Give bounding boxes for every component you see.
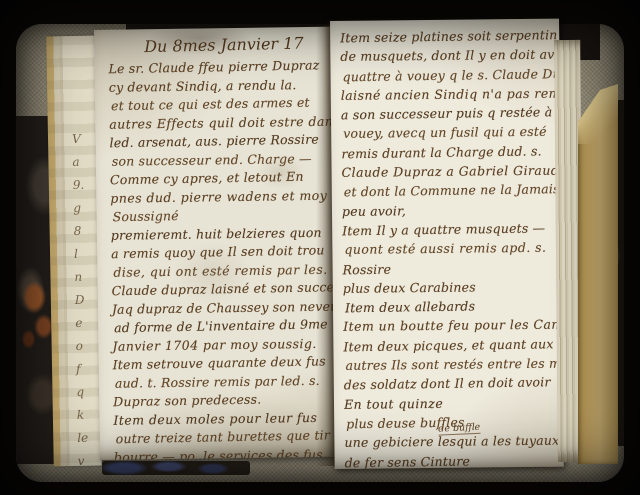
under-page-fragments: Va9.g8lnDeofqklev (72, 128, 89, 467)
page-fragment: a (72, 151, 84, 174)
manuscript-line: Rossire (342, 257, 559, 280)
manuscript-line: de fer sens Cinture (344, 450, 561, 469)
manuscript-line: Item Il y a quattre musquets — (342, 218, 559, 241)
manuscript-line: vouey, avecq un fusil qui a esté (343, 122, 558, 144)
manuscript-line: quont esté aussi remis apd. s. (344, 238, 559, 260)
page-fragment: l (74, 243, 86, 266)
manuscript-line: remis durant la Charge dud. s. (341, 141, 558, 164)
page-fragment: e (75, 312, 87, 335)
right-page-text: Item seize platines soit serpentinde mus… (340, 26, 562, 469)
manuscript-line: En tout quinze (344, 392, 561, 414)
manuscript-line: Item un boutte feu pour les Canons (343, 315, 560, 337)
manuscript-line: Item deux picques, et quant aux (343, 334, 560, 357)
manuscript-line: et dont la Commune ne la Jamais (344, 180, 559, 202)
marginal-insertion: de buffle (438, 422, 480, 436)
page-fragment: 8 (73, 220, 85, 243)
page-fragment: o (75, 335, 87, 358)
manuscript-line: de musquets, dont Il y en doit avoir (340, 45, 557, 67)
under-page-edge: Va9.g8lnDeofqklev (46, 36, 101, 467)
manuscript-line: a son successeur puis q restée à (341, 102, 558, 125)
page-fragment: V (72, 128, 84, 151)
right-page: Item seize platines soit serpentinde mus… (330, 19, 564, 469)
page-fragment: n (74, 266, 86, 289)
page-header-date: Du 8mes Janvier 17 (144, 32, 330, 58)
page-fragment: q (76, 381, 88, 404)
page-fragment: f (76, 358, 88, 381)
ink-stain (102, 461, 250, 475)
page-fragment: 9. (73, 174, 85, 197)
manuscript-line: des soldatz dont Il en doit avoir (344, 372, 561, 395)
page-fragment: v (77, 450, 89, 467)
page-fragment: g (73, 197, 85, 220)
folded-flap (578, 84, 618, 464)
left-page-text: Le sr. Claude ffeu pierre Duprazcy devan… (108, 57, 336, 460)
manuscript-photo: Va9.g8lnDeofqklev Du 8mes Janvier 17 Le … (0, 0, 640, 495)
manuscript-line: quattre à vouey q le s. Claude Dupraz (342, 64, 557, 86)
manuscript-line: Item deux allebards (345, 295, 560, 317)
manuscript-line: Item seize platines soit serpentin (340, 25, 557, 48)
left-page: Du 8mes Janvier 17 Le sr. Claude ffeu pi… (94, 27, 338, 460)
page-fragment: le (77, 427, 89, 450)
page-fragment: k (77, 404, 89, 427)
page-fragment: D (75, 289, 87, 312)
